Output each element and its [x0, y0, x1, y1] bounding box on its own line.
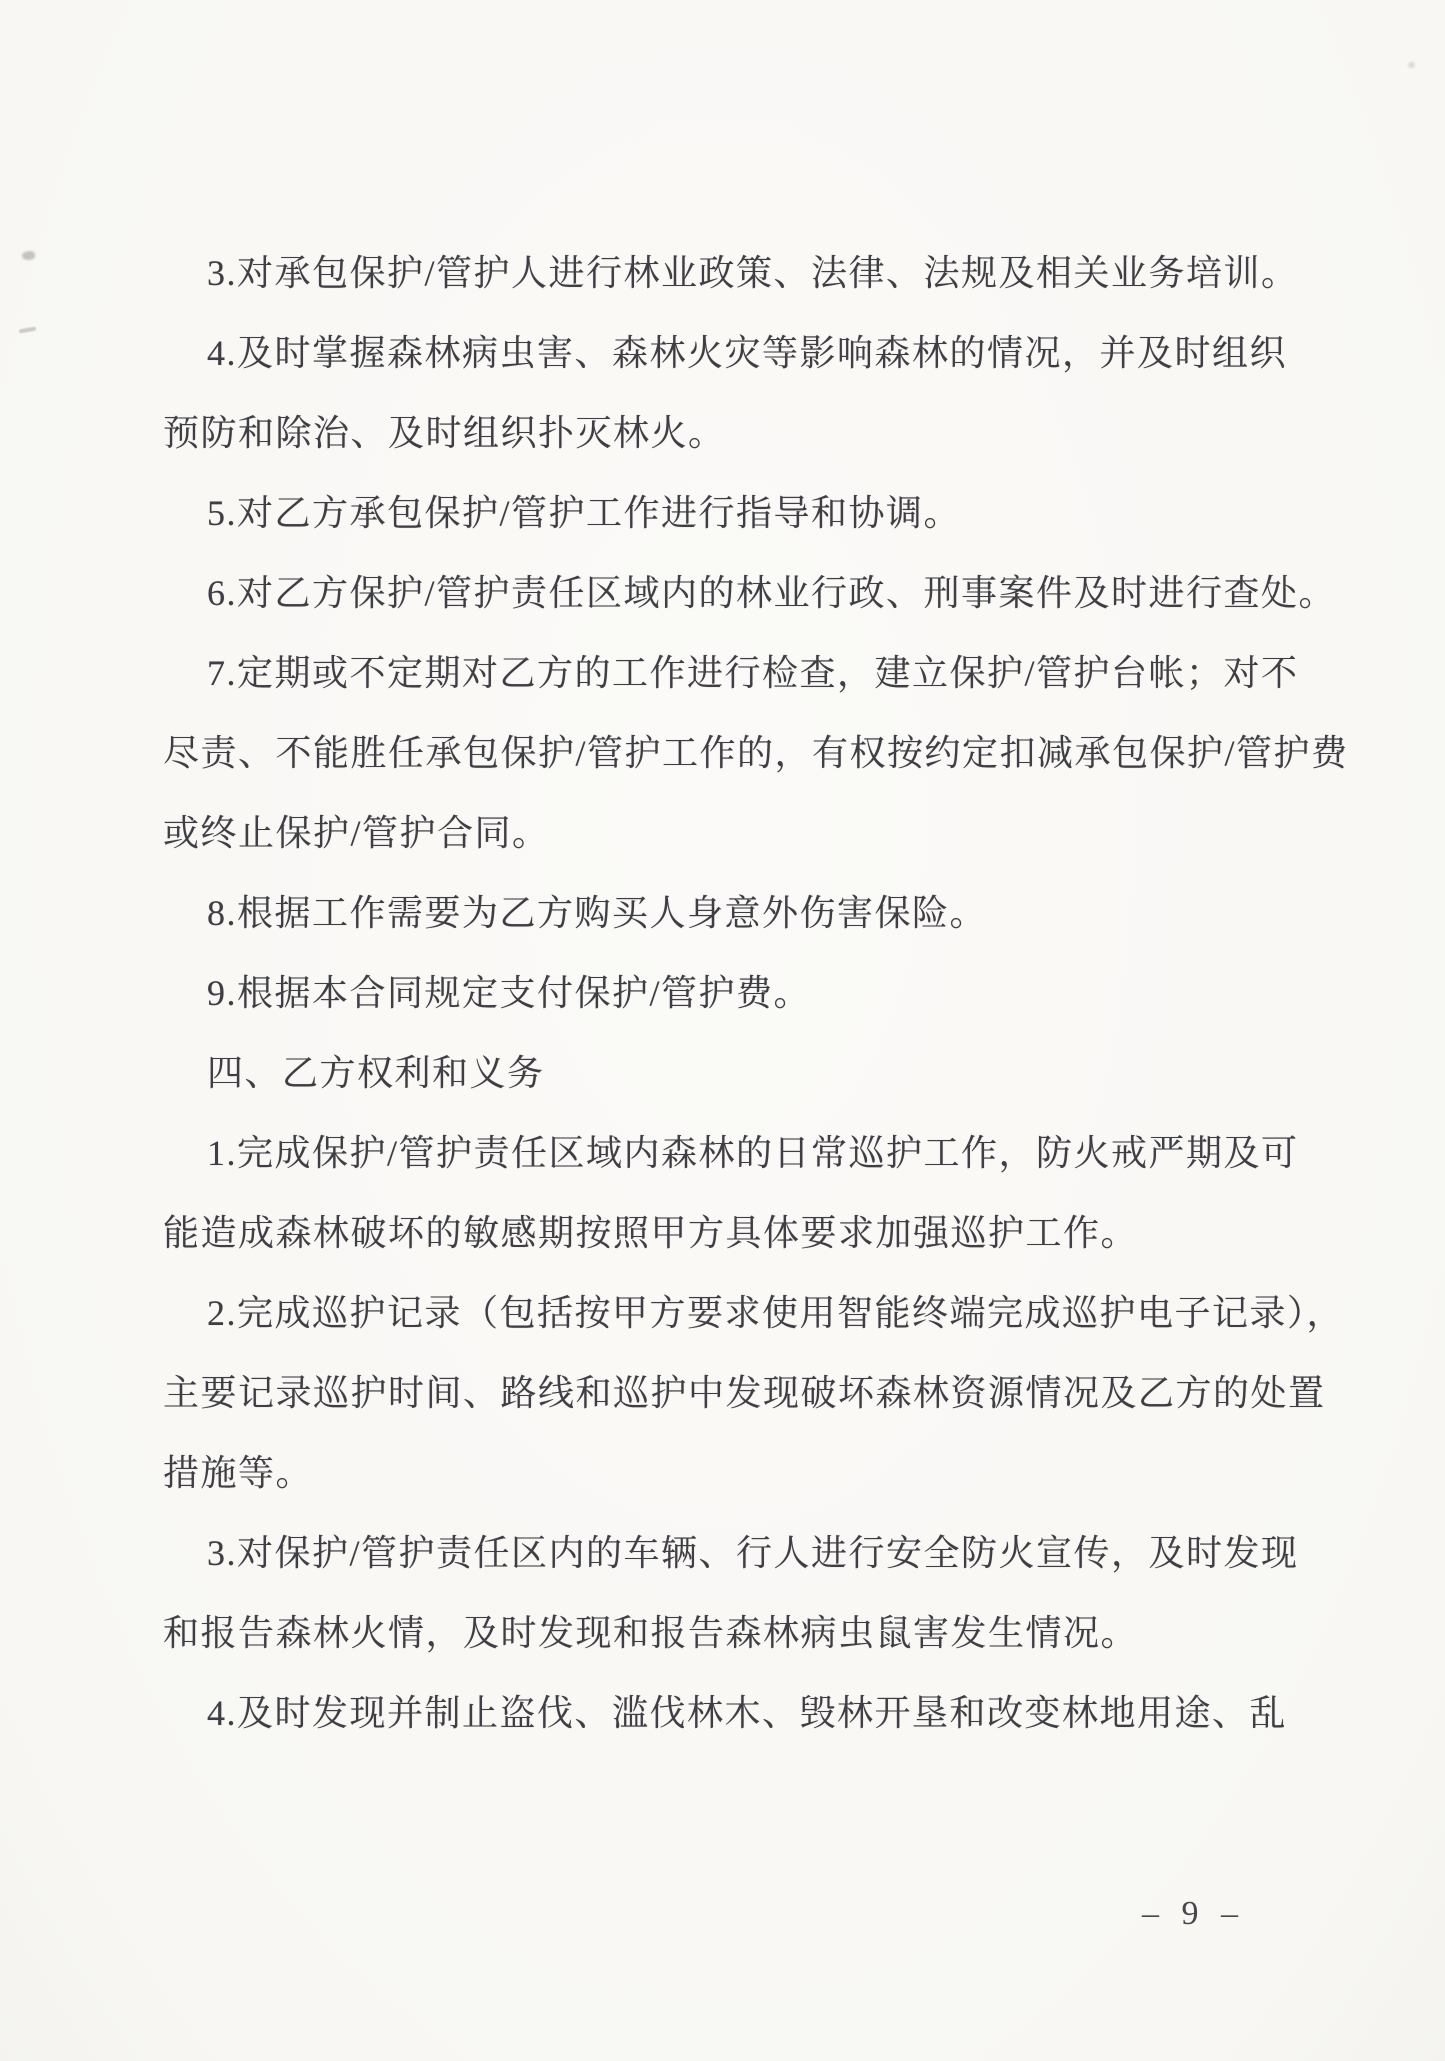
text-line: 3.对承包保护/管护人进行林业政策、法律、法规及相关业务培训。 — [163, 233, 1333, 313]
text-line: 8.根据工作需要为乙方购买人身意外伤害保险。 — [163, 873, 1333, 953]
text-line: 尽责、不能胜任承包保护/管护工作的，有权按约定扣减承包保护/管护费 — [163, 713, 1333, 793]
text-line: 主要记录巡护时间、路线和巡护中发现破坏森林资源情况及乙方的处置 — [163, 1353, 1333, 1433]
text-line: 措施等。 — [163, 1433, 1333, 1513]
text-line: 4.及时掌握森林病虫害、森林火灾等影响森林的情况，并及时组织 — [163, 313, 1333, 393]
contract-text-block: 3.对承包保护/管护人进行林业政策、法律、法规及相关业务培训。4.及时掌握森林病… — [163, 233, 1333, 1753]
text-line: 能造成森林破坏的敏感期按照甲方具体要求加强巡护工作。 — [163, 1193, 1333, 1273]
text-line: 5.对乙方承包保护/管护工作进行指导和协调。 — [163, 473, 1333, 553]
text-line: 和报告森林火情，及时发现和报告森林病虫鼠害发生情况。 — [163, 1593, 1333, 1673]
text-line: 6.对乙方保护/管护责任区域内的林业行政、刑事案件及时进行查处。 — [163, 553, 1333, 633]
page-number: – 9 – — [1142, 1895, 1245, 1933]
scan-artifact — [1408, 62, 1415, 68]
text-line: 1.完成保护/管护责任区域内森林的日常巡护工作，防火戒严期及可 — [163, 1113, 1333, 1193]
text-line: 2.完成巡护记录（包括按甲方要求使用智能终端完成巡护电子记录）， — [163, 1273, 1333, 1353]
text-line: 4.及时发现并制止盗伐、滥伐林木、毁林开垦和改变林地用途、乱 — [163, 1673, 1333, 1753]
text-line: 或终止保护/管护合同。 — [163, 793, 1333, 873]
text-line: 四、乙方权利和义务 — [163, 1033, 1333, 1113]
document-page: 3.对承包保护/管护人进行林业政策、法律、法规及相关业务培训。4.及时掌握森林病… — [0, 0, 1445, 2061]
scan-artifact — [22, 251, 35, 260]
text-line: 7.定期或不定期对乙方的工作进行检查，建立保护/管护台帐；对不 — [163, 633, 1333, 713]
text-line: 预防和除治、及时组织扑灭林火。 — [163, 393, 1333, 473]
text-line: 3.对保护/管护责任区内的车辆、行人进行安全防火宣传，及时发现 — [163, 1513, 1333, 1593]
scan-artifact — [19, 327, 36, 334]
text-line: 9.根据本合同规定支付保护/管护费。 — [163, 953, 1333, 1033]
